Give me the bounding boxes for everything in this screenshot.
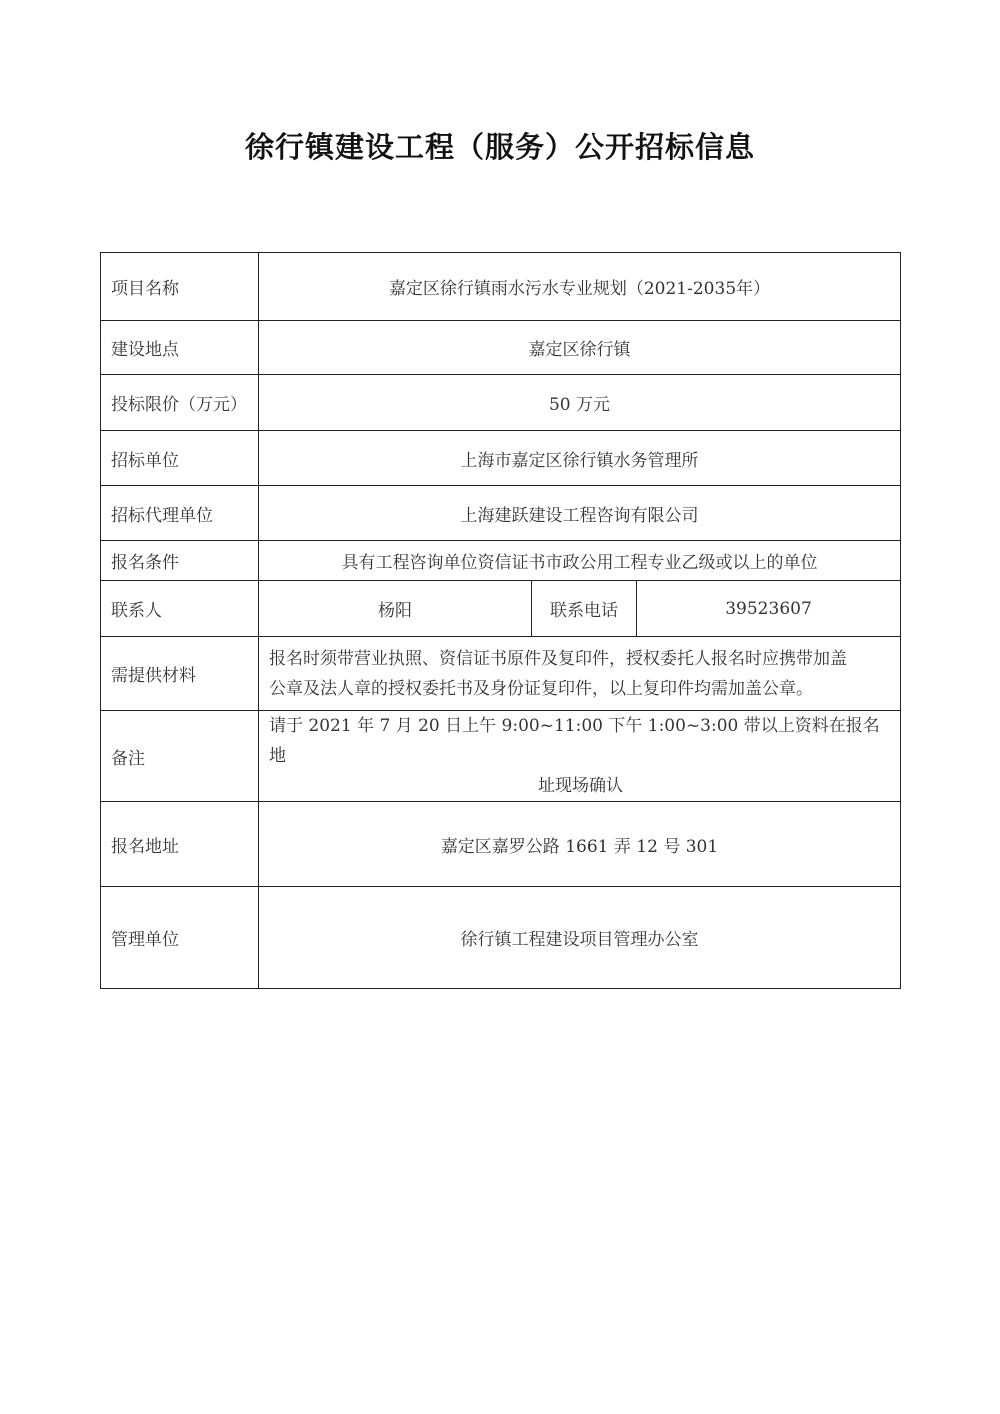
location-label: 建设地点 bbox=[101, 321, 259, 375]
project-name-label: 项目名称 bbox=[101, 253, 259, 321]
tendering-unit-label: 招标单位 bbox=[101, 431, 259, 486]
table-row: 投标限价（万元） 50 万元 bbox=[101, 375, 901, 431]
materials-line-1: 报名时须带营业执照、资信证书原件及复印件，授权委托人报名时应携带加盖 bbox=[269, 644, 892, 674]
remarks-label: 备注 bbox=[101, 711, 259, 802]
management-label: 管理单位 bbox=[101, 887, 259, 989]
table-row: 报名地址 嘉定区嘉罗公路 1661 弄 12 号 301 bbox=[101, 802, 901, 887]
project-name-value: 嘉定区徐行镇雨水污水专业规划（2021-2035年） bbox=[259, 253, 901, 321]
tender-info-table: 项目名称 嘉定区徐行镇雨水污水专业规划（2021-2035年） 建设地点 嘉定区… bbox=[100, 252, 901, 989]
table-row: 联系人 杨阳 联系电话 39523607 bbox=[101, 581, 901, 637]
contact-value: 杨阳 bbox=[259, 581, 532, 637]
table-row: 报名条件 具有工程咨询单位资信证书市政公用工程专业乙级或以上的单位 bbox=[101, 541, 901, 581]
table-row: 建设地点 嘉定区徐行镇 bbox=[101, 321, 901, 375]
phone-value: 39523607 bbox=[637, 581, 901, 637]
address-label: 报名地址 bbox=[101, 802, 259, 887]
remarks-line-1: 请于 2021 年 7 月 20 日上午 9:00~11:00 下午 1:00~… bbox=[269, 711, 892, 771]
table-row: 需提供材料 报名时须带营业执照、资信证书原件及复印件，授权委托人报名时应携带加盖… bbox=[101, 637, 901, 711]
materials-label: 需提供材料 bbox=[101, 637, 259, 711]
table-row: 招标单位 上海市嘉定区徐行镇水务管理所 bbox=[101, 431, 901, 486]
table-row: 招标代理单位 上海建跃建设工程咨询有限公司 bbox=[101, 486, 901, 541]
agency-label: 招标代理单位 bbox=[101, 486, 259, 541]
management-value: 徐行镇工程建设项目管理办公室 bbox=[259, 887, 901, 989]
page-title: 徐行镇建设工程（服务）公开招标信息 bbox=[0, 125, 1000, 166]
agency-value: 上海建跃建设工程咨询有限公司 bbox=[259, 486, 901, 541]
requirements-label: 报名条件 bbox=[101, 541, 259, 581]
requirements-value: 具有工程咨询单位资信证书市政公用工程专业乙级或以上的单位 bbox=[259, 541, 901, 581]
tendering-unit-value: 上海市嘉定区徐行镇水务管理所 bbox=[259, 431, 901, 486]
table-row: 项目名称 嘉定区徐行镇雨水污水专业规划（2021-2035年） bbox=[101, 253, 901, 321]
remarks-value: 请于 2021 年 7 月 20 日上午 9:00~11:00 下午 1:00~… bbox=[259, 711, 901, 802]
bid-limit-value: 50 万元 bbox=[259, 375, 901, 431]
phone-label: 联系电话 bbox=[532, 581, 637, 637]
bid-limit-label: 投标限价（万元） bbox=[101, 375, 259, 431]
location-value: 嘉定区徐行镇 bbox=[259, 321, 901, 375]
remarks-line-2: 址现场确认 bbox=[269, 771, 892, 801]
contact-label: 联系人 bbox=[101, 581, 259, 637]
materials-line-2: 公章及法人章的授权委托书及身份证复印件，以上复印件均需加盖公章。 bbox=[269, 674, 892, 704]
materials-value: 报名时须带营业执照、资信证书原件及复印件，授权委托人报名时应携带加盖 公章及法人… bbox=[259, 637, 901, 711]
table-row: 管理单位 徐行镇工程建设项目管理办公室 bbox=[101, 887, 901, 989]
address-value: 嘉定区嘉罗公路 1661 弄 12 号 301 bbox=[259, 802, 901, 887]
table-row: 备注 请于 2021 年 7 月 20 日上午 9:00~11:00 下午 1:… bbox=[101, 711, 901, 802]
